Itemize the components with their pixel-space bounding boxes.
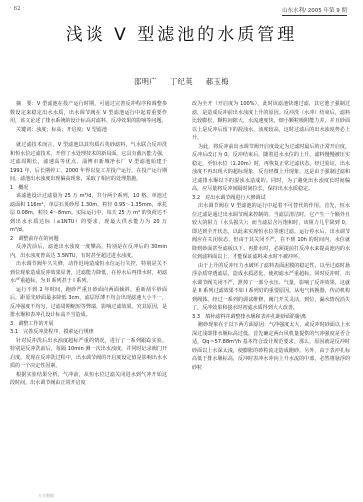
author: 郝玉梅 <box>206 77 229 86</box>
intro-paragraph: 就过滤技术而言，V 型滤池以其均质石英砂滤料，气水联合反冲洗和恒水位过滤技术，开… <box>10 141 167 184</box>
article-title: 浅谈 V 型滤池的水质管理 <box>0 20 363 45</box>
author: 邵明广 <box>134 77 157 86</box>
paragraph: 运行不到 2 年时间，跑砂严重且砂面向两面倾斜。重新刮平砂面后，距原先砂面最多降… <box>10 286 167 320</box>
paragraph: 针对反冲洗后出水浊度超标严重的情况，进行了一系列跟踪实验。特别是反冲洗前后，每隔… <box>10 337 167 371</box>
paragraph: 改为全开（开启度为 100%），此时该滤池快速过滤，其它池子强制过滤，是造成反冲… <box>192 100 350 143</box>
keywords: 关键词：浊度；标高；开启度；V 型滤池 <box>10 126 167 135</box>
section-heading: 3 调整工作的开展 <box>10 320 167 329</box>
subsection-heading: 3.1 完善反冲洗程序，摸索运行规律 <box>10 328 167 337</box>
paragraph: 该滤池设计过滤量为 25 万 m³/d，共分两个系列，10 格。单池过滤面积 1… <box>10 192 167 235</box>
paragraph: 跑砂现象在于以下两方面原因：气冲强度太大，或反冲时砂面以上水深过浅即排水堰标高过… <box>192 321 350 372</box>
author-list: 邵明广 丁纪英 郝玉梅 <box>0 77 363 87</box>
paragraph: 根据实验结果分析，气冲前，从恒水位过滤关闭进水到气冲开始这段时间，出水调节阀由正… <box>10 371 167 388</box>
left-column: 摘 要：V 型滤池在投产运行时期，可通过完善反冲程序和调整参数设定来稳定出水水质… <box>10 100 167 388</box>
paragraph: 反冲洗前后，滤池出水浊度一度攀高，特别是在反冲后的 30min 内，出水浊度曾高… <box>10 243 167 260</box>
page-number: · 62 · <box>10 6 24 12</box>
paragraph: 出水调节阀年久失修，动作迟钝造成恒水位运行失控，特别是关不到位现象造成反冲效果显… <box>10 260 167 286</box>
journal-header: 山东水利/ 2005 年第 9 期 <box>282 6 347 16</box>
author: 丁纪英 <box>170 77 193 86</box>
abstract: 摘 要：V 型滤池在投产运行时期，可通过完善反冲程序和调整参数设定来稳定出水水质… <box>10 100 167 126</box>
subsection-heading: 3.2 对出水调节阀进行大修调试 <box>192 194 350 203</box>
section-heading: 1 概况 <box>10 184 167 193</box>
paragraph: 出水调节阀在 V 型滤池的运行中起着不可替代的作用。首先，恒水位过滤是通过出水调… <box>192 202 350 262</box>
right-column: 改为全开（开启度为 100%），此时该滤池快速过滤，其它池子强制过滤，是造成反冲… <box>192 100 350 372</box>
watermark-text: 万方数据 <box>38 493 54 499</box>
paragraph: 由于上升的反冲压力水破坏了滤料表面泥膜的稳定性，以至过滤时悬浮杂质穿透滤层，造成… <box>192 262 350 313</box>
paragraph: 为此，将反冲前出水调节阀开启度设定为过滤时最后的正常开启度，反冲后改订为 0。反… <box>192 143 350 194</box>
subsection-heading: 3.3 填补滤料并调整排水堰和表冲孔距砂面的距离 <box>192 313 350 322</box>
section-heading: 2 调整前存在的问题 <box>10 235 167 244</box>
